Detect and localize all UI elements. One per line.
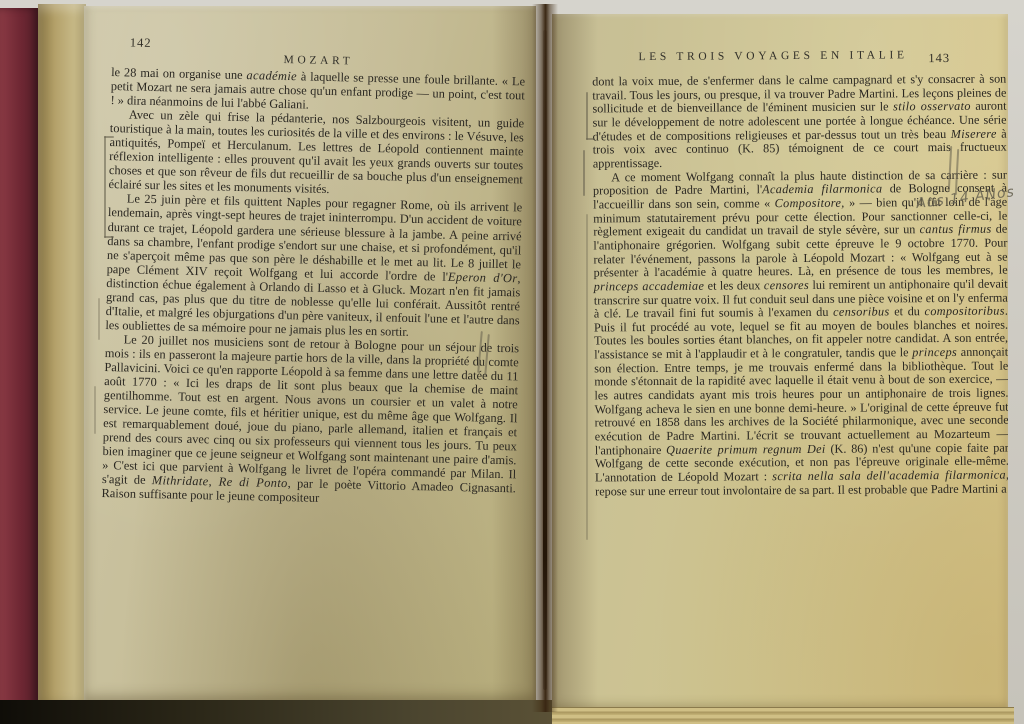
pencil-bracket — [586, 92, 588, 140]
paragraph: Le 25 juin père et fils quittent Naples … — [105, 191, 522, 341]
pencil-bracket — [583, 150, 585, 196]
right-running-header: LES TROIS VOYAGES EN ITALIE — [592, 49, 954, 64]
pencil-bracket — [94, 386, 96, 434]
right-page-number: 143 — [928, 51, 950, 66]
paragraph: Le 20 juillet nos musiciens sont de reto… — [101, 332, 519, 510]
left-page-content: 142 MOZART le 28 mai on organise une aca… — [101, 35, 525, 510]
left-page: 142 MOZART le 28 mai on organise une aca… — [84, 6, 536, 702]
paragraph: Avec un zèle qui frise la pédanterie, no… — [108, 107, 524, 201]
pencil-bracket-foot — [586, 138, 595, 140]
book-spine — [0, 8, 38, 724]
gutter-shadow-right — [552, 14, 598, 710]
right-page: LES TROIS VOYAGES EN ITALIE 143 dont la … — [552, 14, 1008, 710]
pencil-bracket-foot — [104, 136, 114, 138]
pencil-bracket — [104, 136, 106, 238]
book-gutter-core — [543, 30, 547, 690]
pencil-line-long — [586, 214, 588, 540]
book-photo: 142 MOZART le 28 mai on organise une aca… — [0, 0, 1024, 724]
bottom-shadow — [0, 700, 552, 724]
page-stack-edge — [552, 708, 1014, 724]
pencil-bracket — [98, 298, 100, 340]
paragraph: A ce moment Wolfgang connaît la plus hau… — [593, 168, 1008, 499]
page-block-fore-edge — [38, 4, 86, 716]
paragraph: dont la voix mue, de s'enfermer dans le … — [592, 73, 1007, 171]
pencil-bracket-foot — [104, 236, 114, 238]
left-page-number: 142 — [130, 35, 152, 50]
right-page-header: LES TROIS VOYAGES EN ITALIE 143 — [592, 43, 1006, 76]
right-page-body: dont la voix mue, de s'enfermer dans le … — [592, 73, 1008, 499]
left-page-body: le 28 mai on organise une académie à laq… — [101, 65, 525, 510]
right-page-content: LES TROIS VOYAGES EN ITALIE 143 dont la … — [592, 43, 1008, 499]
